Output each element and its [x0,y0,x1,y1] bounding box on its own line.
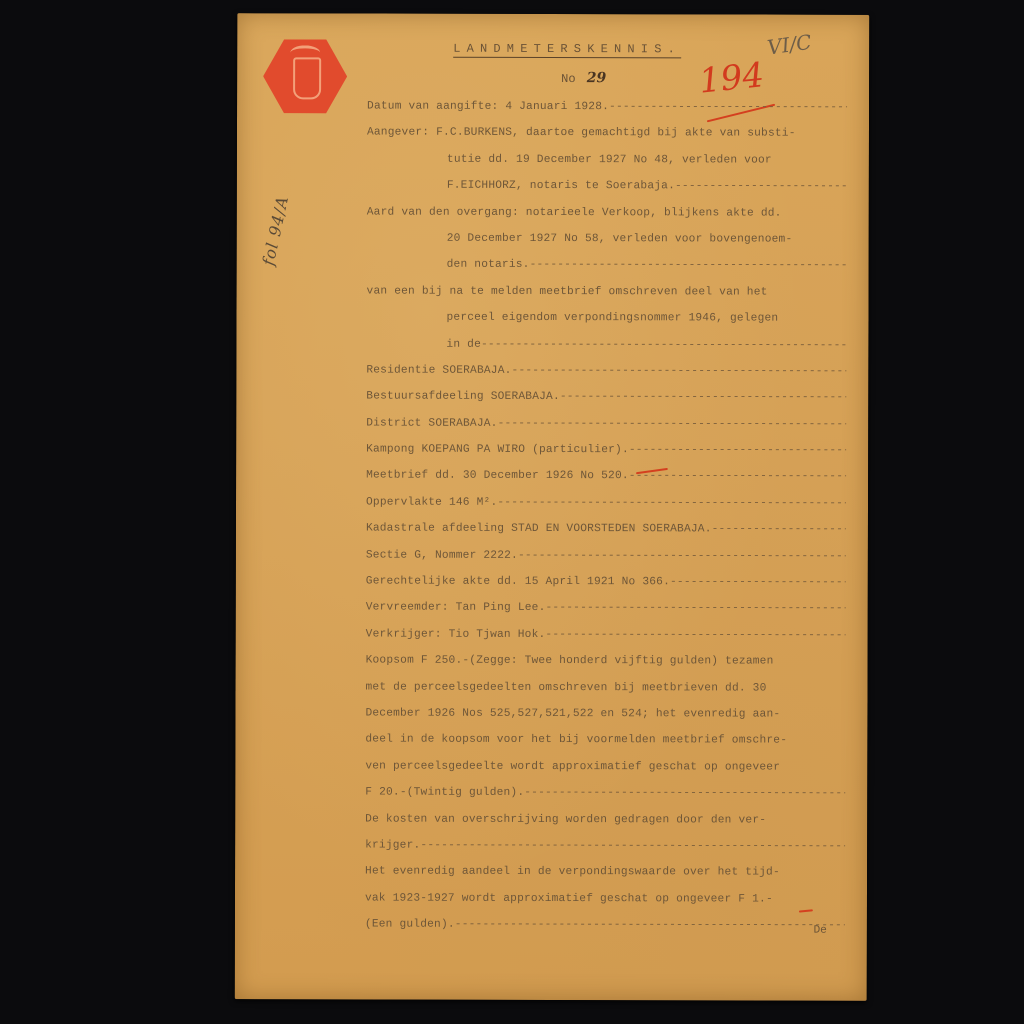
line-text: tutie dd. 19 December 1927 No 48, verled… [447,154,772,167]
line-text: Aard van den overgang: notarieele Verkoo… [367,206,782,219]
line-text: vak 1923-1927 wordt approximatief gescha… [365,892,773,905]
dash-filler: ----------------------------------------… [512,365,847,379]
dash-filler: ----------------------------------------… [609,101,847,115]
seal-stamp-icon [263,39,347,113]
document-line: Vervreemder: Tan Ping Lee.--------------… [366,595,846,623]
line-text: De kosten van overschrijving worden gedr… [365,813,766,826]
document-line: den notaris.----------------------------… [367,252,847,280]
document-number: No 29 [561,70,606,86]
dash-filler: ----------------------------------------… [518,550,846,564]
number-value: 29 [587,70,607,86]
document-line: De kosten van overschrijving worden gedr… [365,806,845,834]
line-text: Residentie SOERABAJA. [366,364,511,376]
dash-filler: ----------------------------------------… [712,524,846,538]
line-text: deel in de koopsom voor het bij voormeld… [365,734,787,747]
document-line: Het evenredig aandeel in de verpondingsw… [365,859,845,887]
line-text: van een bij na te melden meetbrief omsch… [367,285,768,298]
document-line: F 20.-(Twintig gulden).-----------------… [365,780,845,808]
line-text: 20 December 1927 No 58, verleden voor bo… [447,233,793,246]
line-text: (Een gulden). [365,919,455,931]
line-text: perceel eigendom verpondingsnommer 1946,… [446,312,778,325]
line-text: Meetbrief dd. 30 December 1926 No 520. [366,470,629,483]
line-text: District SOERABAJA. [366,417,497,429]
document-line: perceel eigendom verpondingsnommer 1946,… [366,305,846,333]
dash-filler: ----------------------------------------… [560,391,846,405]
dash-filler: ----------------------------------------… [497,497,846,511]
document-line: van een bij na te melden meetbrief omsch… [367,278,847,306]
document-line: Residentie SOERABAJA.-------------------… [366,357,846,385]
dash-filler: ----------------------------------------… [498,418,847,432]
dash-filler: ----------------------------------------… [455,919,845,933]
document-line: ven perceelsgedeelte wordt approximatief… [365,753,845,781]
document-line: krijger.--------------------------------… [365,832,845,860]
document-line: deel in de koopsom voor het bij voormeld… [365,727,845,755]
line-text: Sectie G, Nommer 2222. [366,549,518,561]
document-line: Meetbrief dd. 30 December 1926 No 520.--… [366,463,846,491]
line-text: Aangever: F.C.BURKENS, daartoe gemachtig… [367,127,796,140]
line-text: Het evenredig aandeel in de verpondingsw… [365,866,780,879]
document-line: tutie dd. 19 December 1927 No 48, verled… [367,146,847,174]
dash-filler: ----------------------------------------… [629,471,846,485]
document-line: Gerechtelijke akte dd. 15 April 1921 No … [366,569,846,597]
document-line: Bestuursafdeeling SOERABAJA.------------… [366,384,846,412]
line-text: Oppervlakte 146 M². [366,496,497,508]
document-line: Sectie G, Nommer 2222.------------------… [366,542,846,570]
document-line: met de perceelsgedeelten omschreven bij … [365,674,845,702]
dash-filler: ----------------------------------------… [524,787,845,801]
line-text: F.EICHHORZ, notaris te Soerabaja. [447,180,675,193]
line-text: F 20.-(Twintig gulden). [365,787,524,799]
document-line: Aangever: F.C.BURKENS, daartoe gemachtig… [367,120,847,148]
dash-filler: ----------------------------------------… [670,576,846,590]
dash-filler: ----------------------------------------… [629,444,846,458]
document-line: Kadastrale afdeeling STAD EN VOORSTEDEN … [366,516,846,544]
line-text: met de perceelsgedeelten omschreven bij … [366,681,767,694]
line-text: Gerechtelijke akte dd. 15 April 1921 No … [366,576,670,589]
document-line: Aard van den overgang: notarieele Verkoo… [367,199,847,227]
document-line: 20 December 1927 No 58, verleden voor bo… [367,225,847,253]
document-line: in de-----------------------------------… [366,331,846,359]
continuation-word: De [813,925,826,937]
document-line: Verkrijger: Tio Tjwan Hok.--------------… [366,621,846,649]
document-body: Datum van aangifte: 4 Januari 1928.-----… [365,94,847,940]
grey-annotation: VI/C [766,30,813,60]
dash-filler: ----------------------------------------… [545,629,845,643]
line-text: Bestuursafdeeling SOERABAJA. [366,391,560,404]
line-text: Vervreemder: Tan Ping Lee. [366,602,546,614]
line-text: Datum van aangifte: 4 Januari 1928. [367,101,609,114]
document-line: Oppervlakte 146 M².---------------------… [366,489,846,517]
document-line: (Een gulden).---------------------------… [365,912,845,940]
document-line: F.EICHHORZ, notaris te Soerabaja.-------… [367,173,847,201]
line-text: Kampong KOEPANG PA WIRO (particulier). [366,444,629,457]
line-text: ven perceelsgedeelte wordt approximatief… [365,760,780,773]
line-text: Koopsom F 250.-(Zegge: Twee honderd vijf… [366,655,774,668]
document-line: December 1926 Nos 525,527,521,522 en 524… [365,700,845,728]
document-line: vak 1923-1927 wordt approximatief gescha… [365,885,845,913]
document-line: Datum van aangifte: 4 Januari 1928.-----… [367,94,847,122]
left-margin-annotation: fol 94/A [259,194,293,267]
document-title: LANDMETERSKENNIS. [453,42,681,59]
line-text: krijger. [365,839,420,851]
document-line: Kampong KOEPANG PA WIRO (particulier).--… [366,437,846,465]
dash-filler: ----------------------------------------… [675,180,847,194]
document-page: fol 94/A LANDMETERSKENNIS. No 29 VI/C 19… [235,13,870,1001]
number-label: No [561,72,575,86]
line-text: in de [446,338,481,350]
document-line: District SOERABAJA.---------------------… [366,410,846,438]
dash-filler: ----------------------------------------… [420,840,845,854]
line-text: den notaris. [447,259,530,271]
dash-filler: ----------------------------------------… [481,338,846,352]
dash-filler: ----------------------------------------… [545,602,845,616]
dash-filler: ----------------------------------------… [530,259,847,273]
line-text: December 1926 Nos 525,527,521,522 en 524… [365,707,780,720]
document-line: Koopsom F 250.-(Zegge: Twee honderd vijf… [366,648,846,676]
shield-icon [293,57,321,99]
line-text: Verkrijger: Tio Tjwan Hok. [366,628,546,640]
line-text: Kadastrale afdeeling STAD EN VOORSTEDEN … [366,523,712,536]
